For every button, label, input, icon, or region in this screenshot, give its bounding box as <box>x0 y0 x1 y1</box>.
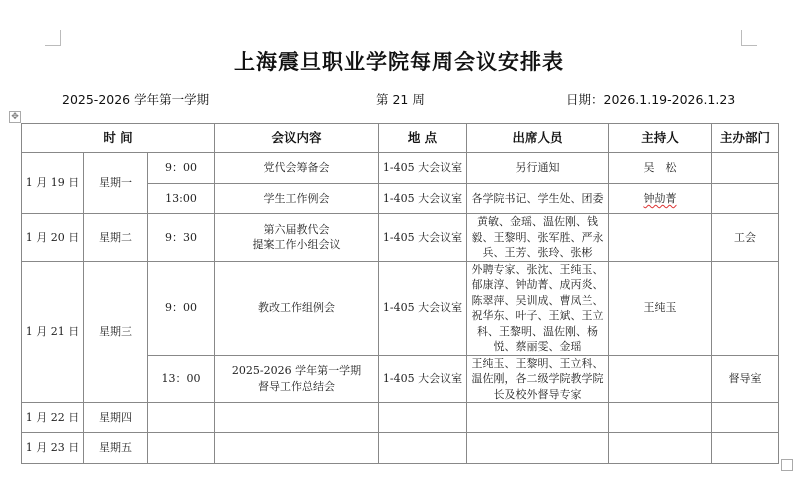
attendees-cell: 王纯玉、王黎明、王立科、温佐刚，各二级学院教学院长及校外督导专家 <box>467 355 609 403</box>
organizer-cell: 工会 <box>712 214 779 262</box>
content-line: 督导工作总结会 <box>215 379 378 395</box>
term-label: 2025-2026 学年第一学期 <box>62 90 209 108</box>
attendees-cell: 另行通知 <box>467 153 609 184</box>
content-cell: 党代会筹备会 <box>215 153 379 184</box>
host-cell <box>609 403 712 433</box>
date-cell: 1 月 23 日 <box>22 433 84 464</box>
content-line: 第六届教代会 <box>215 222 378 238</box>
attendees-cell <box>467 433 609 464</box>
location-cell <box>379 403 467 433</box>
document-title: 上海震旦职业学院每周会议安排表 <box>0 46 798 76</box>
date-cell: 1 月 20 日 <box>22 214 84 262</box>
time-cell <box>148 433 215 464</box>
host-name: 钟劼菁 <box>644 192 677 205</box>
time-cell: 9：00 <box>148 261 215 355</box>
table-row: 1 月 23 日 星期五 <box>22 433 779 464</box>
organizer-cell <box>712 153 779 184</box>
table-row: 1 月 21 日 星期三 9：00 教改工作组例会 1-405 大会议室 外聘专… <box>22 261 779 355</box>
page-corner-mark-left <box>45 30 61 46</box>
time-cell: 13：00 <box>148 355 215 403</box>
location-cell: 1-405 大会议室 <box>379 261 467 355</box>
date-cell: 1 月 22 日 <box>22 403 84 433</box>
week-label: 第 21 周 <box>376 90 425 108</box>
weekday-cell: 星期四 <box>84 403 148 433</box>
page-corner-mark-right <box>741 30 757 46</box>
header-attendees: 出席人员 <box>467 124 609 153</box>
move-icon[interactable]: ✥ <box>9 111 21 123</box>
attendees-cell <box>467 403 609 433</box>
weekday-cell: 星期一 <box>84 153 148 214</box>
host-cell: 吴 松 <box>609 153 712 184</box>
time-cell: 13:00 <box>148 184 215 214</box>
attendees-cell: 黄敏、金瑶、温佐刚、钱毅、王黎明、张军胜、严永兵、王芳、张玲、张彬 <box>467 214 609 262</box>
host-cell <box>609 214 712 262</box>
time-cell: 9：00 <box>148 153 215 184</box>
content-line: 2025-2026 学年第一学期 <box>215 363 378 379</box>
content-cell: 2025-2026 学年第一学期 督导工作总结会 <box>215 355 379 403</box>
header-host: 主持人 <box>609 124 712 153</box>
time-cell <box>148 403 215 433</box>
organizer-cell: 督导室 <box>712 355 779 403</box>
host-cell: 王纯玉 <box>609 261 712 355</box>
header-location: 地 点 <box>379 124 467 153</box>
content-cell <box>215 403 379 433</box>
host-cell: 钟劼菁 <box>609 184 712 214</box>
table-row: 1 月 22 日 星期四 <box>22 403 779 433</box>
organizer-cell <box>712 433 779 464</box>
location-cell: 1-405 大会议室 <box>379 214 467 262</box>
table-row: 1 月 20 日 星期二 9：30 第六届教代会 提案工作小组会议 1-405 … <box>22 214 779 262</box>
content-cell: 第六届教代会 提案工作小组会议 <box>215 214 379 262</box>
organizer-cell <box>712 403 779 433</box>
content-cell: 学生工作例会 <box>215 184 379 214</box>
content-cell <box>215 433 379 464</box>
weekday-cell: 星期五 <box>84 433 148 464</box>
content-cell: 教改工作组例会 <box>215 261 379 355</box>
date-cell: 1 月 21 日 <box>22 261 84 403</box>
header-organizer: 主办部门 <box>712 124 779 153</box>
resize-icon[interactable] <box>781 459 793 471</box>
header-time: 时 间 <box>22 124 215 153</box>
organizer-cell <box>712 184 779 214</box>
location-cell: 1-405 大会议室 <box>379 184 467 214</box>
attendees-cell: 外聘专家、张沈、王纯玉、郁康淳、钟劼菁、成丙炎、陈翠萍、吴训成、曹凤兰、祝华东、… <box>467 261 609 355</box>
location-cell: 1-405 大会议室 <box>379 355 467 403</box>
organizer-cell <box>712 261 779 355</box>
location-cell: 1-405 大会议室 <box>379 153 467 184</box>
table-row: 1 月 19 日 星期一 9：00 党代会筹备会 1-405 大会议室 另行通知… <box>22 153 779 184</box>
time-cell: 9：30 <box>148 214 215 262</box>
date-range-label: 日期：2026.1.19-2026.1.23 <box>566 90 735 108</box>
header-row: 时 间 会议内容 地 点 出席人员 主持人 主办部门 <box>22 124 779 153</box>
location-cell <box>379 433 467 464</box>
weekday-cell: 星期三 <box>84 261 148 403</box>
date-cell: 1 月 19 日 <box>22 153 84 214</box>
schedule-table: 时 间 会议内容 地 点 出席人员 主持人 主办部门 1 月 19 日 星期一 … <box>21 123 779 464</box>
host-cell <box>609 433 712 464</box>
host-cell <box>609 355 712 403</box>
weekday-cell: 星期二 <box>84 214 148 262</box>
attendees-cell: 各学院书记、学生处、团委 <box>467 184 609 214</box>
content-line: 提案工作小组会议 <box>215 237 378 253</box>
header-content: 会议内容 <box>215 124 379 153</box>
